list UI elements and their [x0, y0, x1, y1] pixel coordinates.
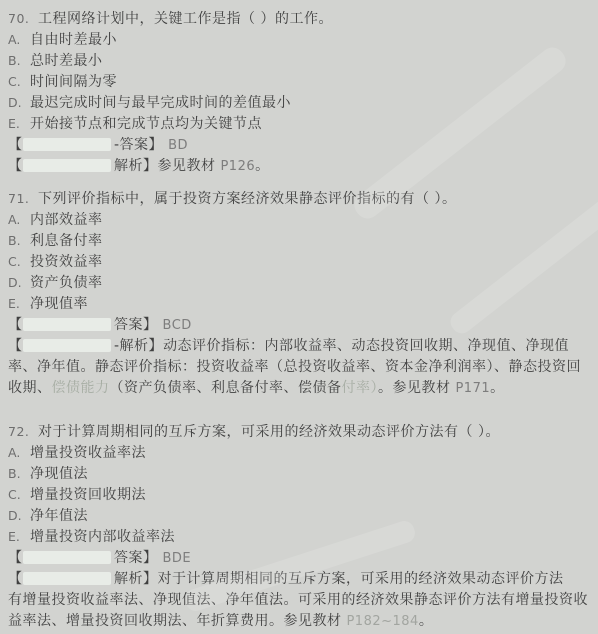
analysis-continuation: 有增量投资收益率法、净现值法、净年值法。可采用的经济效果静态评价方法有增量投资收 [8, 588, 590, 609]
open-bracket: 【 [8, 338, 22, 354]
option-label: B. [8, 230, 30, 250]
question-number: 72. [8, 421, 38, 441]
option-row: D.最迟完成时间与最早完成时间的差值最小 [8, 91, 590, 112]
redacted-text-box [23, 572, 111, 585]
option-label: A. [8, 209, 30, 229]
analysis-text: 。参见教材 [378, 380, 455, 396]
option-label: A. [8, 29, 30, 49]
option-text: 利息备付率 [30, 233, 103, 249]
option-row: D.净年值法 [8, 504, 590, 525]
analysis-text: 率、净年值。静态评价指标：投资收益率（总投资收益率、资本金净利润率）、静态投资回 [8, 359, 581, 375]
open-bracket: 【 [8, 571, 22, 587]
option-label: C. [8, 251, 30, 271]
answer-row: 【答案】BCD [8, 313, 590, 334]
option-row: B.利息备付率 [8, 229, 590, 250]
analysis-label: -解析】 [114, 338, 163, 354]
answer-label: 答案】 [114, 550, 158, 566]
question-71: 71.下列评价指标中，属于投资方案经济效果静态评价指标的有（ ）。 A.内部效益… [8, 187, 590, 397]
analysis-row: 【-解析】动态评价指标：内部收益率、动态投资回收期、净现值、净现值 [8, 334, 590, 355]
option-label: B. [8, 50, 30, 70]
analysis-continuation: 收期、偿债能力（资产负债率、利息备付率、偿债备付率）。参见教材 P171。 [8, 376, 590, 397]
question-stem-text: 对于计算周期相同的互斥方案，可采用的经济效果动态评价方法有（ ）。 [38, 424, 500, 440]
page-reference: P171 [455, 381, 490, 396]
analysis-text-faded: 偿债能力 [52, 380, 110, 396]
option-text: 自由时差最小 [30, 32, 117, 48]
option-label: E. [8, 526, 30, 546]
analysis-text: 收期、 [8, 380, 52, 396]
analysis-label: 解析】 [114, 571, 158, 587]
question-stem-text: 下列评价指标中，属于投资方案经济效果静态评价指标的有（ ）。 [38, 191, 456, 207]
option-label: C. [8, 71, 30, 91]
analysis-text: （资产负债率、利息备付率、偿债备 [110, 380, 342, 396]
question-stem: 72.对于计算周期相同的互斥方案，可采用的经济效果动态评价方法有（ ）。 [8, 420, 590, 441]
analysis-text: 有增量投资收益率法、净现值法、净年值法。可采用的经济效果静态评价方法有增量投资收 [8, 592, 588, 608]
analysis-text: 。 [255, 158, 270, 174]
option-text: 投资效益率 [30, 254, 103, 270]
analysis-continuation: 益率法、增量投资回收期法、年折算费用。参见教材 P182~184。 [8, 609, 590, 630]
option-row: A.增量投资收益率法 [8, 441, 590, 462]
option-label: D. [8, 272, 30, 292]
option-text: 净现值法 [30, 466, 88, 482]
option-text: 资产负债率 [30, 275, 103, 291]
option-row: C.投资效益率 [8, 250, 590, 271]
option-row: C.时间间隔为零 [8, 70, 590, 91]
option-row: C.增量投资回收期法 [8, 483, 590, 504]
option-text: 增量投资收益率法 [30, 445, 146, 461]
option-text: 开始接节点和完成节点均为关键节点 [30, 116, 262, 132]
open-bracket: 【 [8, 317, 22, 333]
option-text: 最迟完成时间与最早完成时间的差值最小 [30, 95, 291, 111]
answer-label: 答案】 [114, 317, 158, 333]
option-row: D.资产负债率 [8, 271, 590, 292]
answer-row: 【答案】BDE [8, 546, 590, 567]
option-row: A.自由时差最小 [8, 28, 590, 49]
option-text: 时间间隔为零 [30, 74, 117, 90]
option-text: 内部效益率 [30, 212, 103, 228]
question-70: 70.工程网络计划中，关键工作是指（ ）的工作。 A.自由时差最小 B.总时差最… [8, 7, 590, 175]
analysis-text: 。 [490, 380, 505, 396]
option-text: 净现值率 [30, 296, 88, 312]
analysis-row: 【解析】对于计算周期相同的互斥方案，可采用的经济效果动态评价方法 [8, 567, 590, 588]
answer-label: -答案】 [114, 137, 163, 153]
option-label: C. [8, 484, 30, 504]
analysis-text: 参见教材 [158, 158, 221, 174]
analysis-label: 解析】 [114, 158, 158, 174]
answer-row: 【-答案】BD [8, 133, 590, 154]
question-number: 71. [8, 188, 38, 208]
option-label: D. [8, 505, 30, 525]
analysis-text: 。 [419, 613, 434, 629]
analysis-continuation: 率、净年值。静态评价指标：投资收益率（总投资收益率、资本金净利润率）、静态投资回 [8, 355, 590, 376]
question-stem-text: 工程网络计划中，关键工作是指（ ）的工作。 [38, 11, 333, 27]
answer-value: BD [168, 138, 188, 153]
page-reference: P126 [220, 159, 255, 174]
option-row: E.净现值率 [8, 292, 590, 313]
question-stem: 71.下列评价指标中，属于投资方案经济效果静态评价指标的有（ ）。 [8, 187, 590, 208]
option-row: A.内部效益率 [8, 208, 590, 229]
option-label: E. [8, 293, 30, 313]
analysis-text: 动态评价指标：内部收益率、动态投资回收期、净现值、净现值 [163, 338, 569, 354]
option-label: E. [8, 113, 30, 133]
option-text: 增量投资回收期法 [30, 487, 146, 503]
page-reference: P182~184 [346, 614, 418, 629]
redacted-text-box [23, 551, 111, 564]
option-label: D. [8, 92, 30, 112]
redacted-text-box [23, 138, 111, 151]
open-bracket: 【 [8, 158, 22, 174]
exam-document: 70.工程网络计划中，关键工作是指（ ）的工作。 A.自由时差最小 B.总时差最… [0, 0, 598, 634]
analysis-row: 【解析】参见教材 P126。 [8, 154, 590, 175]
answer-value: BCD [163, 318, 192, 333]
open-bracket: 【 [8, 550, 22, 566]
analysis-text-faded: 付率） [342, 380, 379, 396]
option-row: B.净现值法 [8, 462, 590, 483]
redacted-text-box [23, 318, 111, 331]
option-row: B.总时差最小 [8, 49, 590, 70]
analysis-text: 益率法、增量投资回收期法、年折算费用。参见教材 [8, 613, 346, 629]
question-number: 70. [8, 8, 38, 28]
option-text: 增量投资内部收益率法 [30, 529, 175, 545]
option-label: A. [8, 442, 30, 462]
option-text: 净年值法 [30, 508, 88, 524]
option-row: E.开始接节点和完成节点均为关键节点 [8, 112, 590, 133]
option-label: B. [8, 463, 30, 483]
analysis-text: 对于计算周期相同的互斥方案，可采用的经济效果动态评价方法 [158, 571, 564, 587]
question-stem: 70.工程网络计划中，关键工作是指（ ）的工作。 [8, 7, 590, 28]
question-72: 72.对于计算周期相同的互斥方案，可采用的经济效果动态评价方法有（ ）。 A.增… [8, 420, 590, 630]
option-row: E.增量投资内部收益率法 [8, 525, 590, 546]
option-text: 总时差最小 [30, 53, 103, 69]
redacted-text-box [23, 159, 111, 172]
redacted-text-box [23, 339, 111, 352]
answer-value: BDE [163, 551, 192, 566]
open-bracket: 【 [8, 137, 22, 153]
